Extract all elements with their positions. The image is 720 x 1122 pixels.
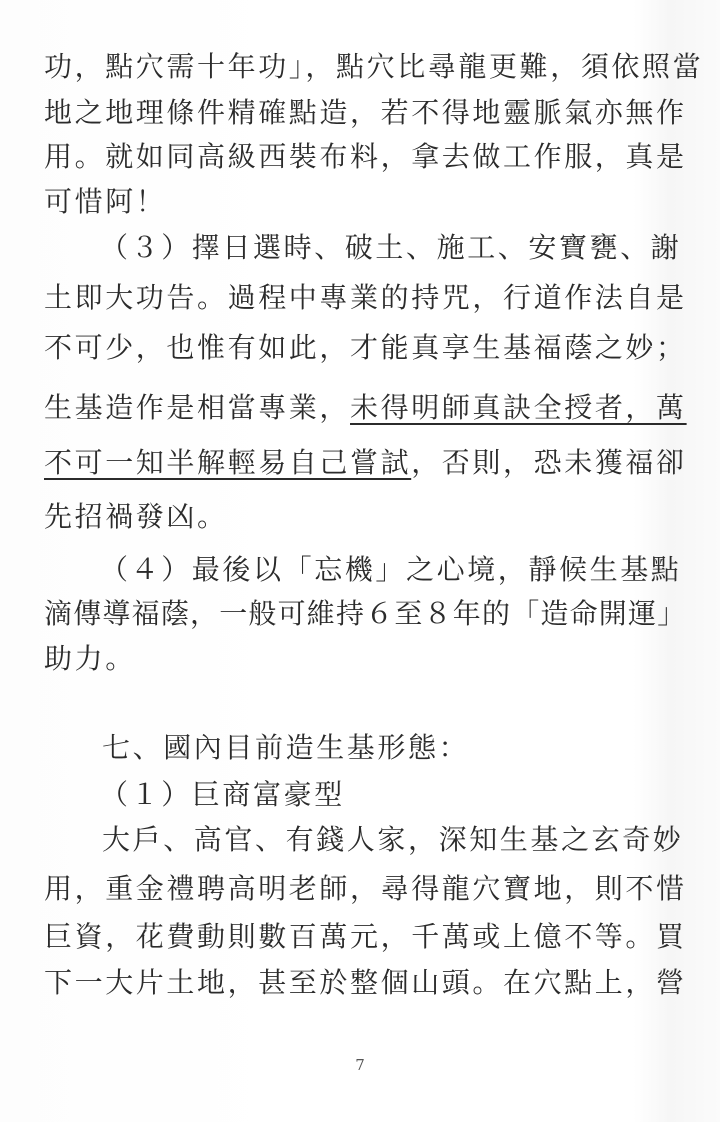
- text-line: 先招禍發凶。: [44, 497, 684, 537]
- text-line: 用，重金禮聘高明老師，尋得龍穴寶地，則不惜: [44, 869, 684, 909]
- text-line: 功，點穴需十年功」，點穴比尋龍更難，須依照當: [44, 47, 684, 87]
- text-line: 生基造作是相當專業，未得明師真訣全授者，萬: [44, 388, 684, 428]
- plain-text: 生基造作是相當專業，: [44, 391, 350, 424]
- text-line: 助力。: [44, 639, 684, 679]
- text-line: 不可少，也惟有如此，才能真享生基福蔭之妙；: [44, 328, 684, 368]
- plain-text: ，否則，恐未獲福卻: [411, 446, 686, 479]
- underlined-warning-text: 未得明師真訣全授者，萬: [350, 391, 687, 424]
- underlined-warning-text: 不可一知半解輕易自己嘗試: [44, 446, 411, 479]
- text-line-step-3-start: （３）擇日選時、破土、施工、安寶甕、謝: [100, 228, 720, 268]
- text-line: 巨資，花費動則數百萬元，千萬或上億不等。買: [44, 917, 684, 957]
- text-line: 可惜阿！: [44, 182, 684, 222]
- section-heading: 七、國內目前造生基形態：: [102, 728, 720, 768]
- text-line: 地之地理條件精確點造，若不得地靈脈氣亦無作: [44, 93, 684, 133]
- page-number: 7: [0, 1056, 720, 1074]
- text-line: 滴傳導福蔭，一般可維持６至８年的「造命開運」: [44, 594, 684, 634]
- text-line-step-4-start: （４）最後以「忘機」之心境，靜候生基點: [100, 550, 720, 590]
- section-subheading: （１）巨商富豪型: [100, 775, 720, 815]
- document-page: 功，點穴需十年功」，點穴比尋龍更難，須依照當 地之地理條件精確點造，若不得地靈脈…: [0, 0, 720, 1122]
- text-line: 大戶、高官、有錢人家，深知生基之玄奇妙: [102, 820, 720, 860]
- text-line: 下一大片土地，甚至於整個山頭。在穴點上，營: [44, 963, 684, 1003]
- text-line: 不可一知半解輕易自己嘗試，否則，恐未獲福卻: [44, 443, 684, 483]
- text-line: 用。就如同高級西裝布料，拿去做工作服，真是: [44, 137, 684, 177]
- text-line: 土即大功告。過程中專業的持咒，行道作法自是: [44, 278, 684, 318]
